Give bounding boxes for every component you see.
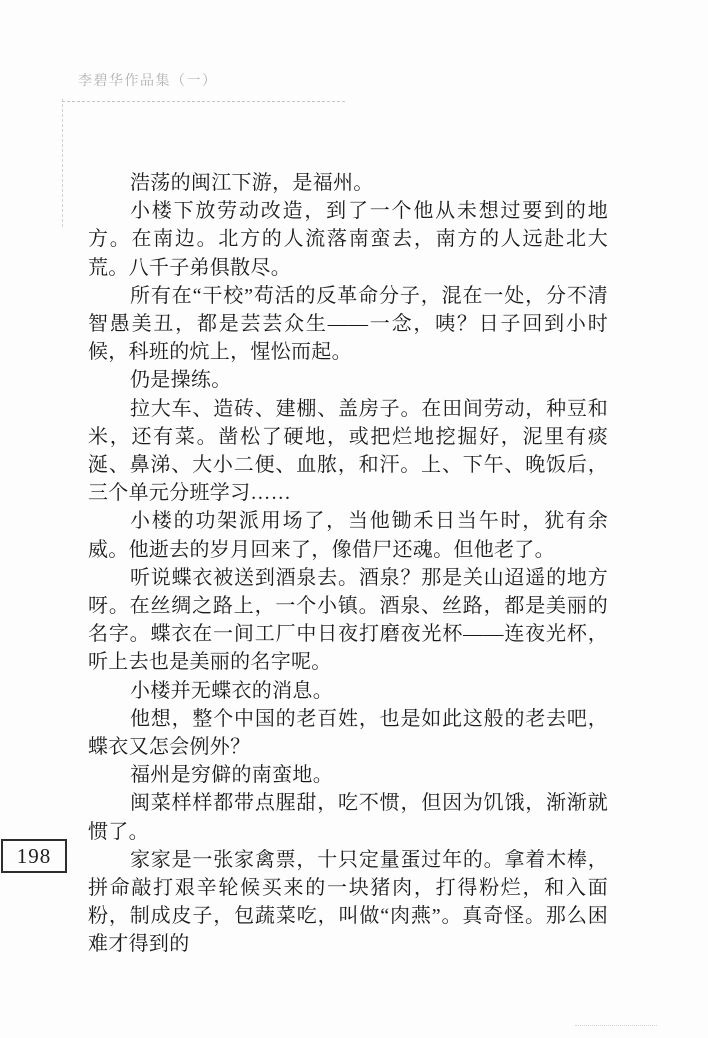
paragraph: 拉大车、造砖、建棚、盖房子。在田间劳动，种豆和米，还有菜。凿松了硬地，或把烂地挖… xyxy=(88,395,608,508)
paragraph: 他想，整个中国的老百姓，也是如此这般的老去吧，蝶衣又怎会例外？ xyxy=(88,705,608,761)
paragraph: 听说蝶衣被送到酒泉去。酒泉？那是关山迢遥的地方呀。在丝绸之路上，一个小镇。酒泉、… xyxy=(88,564,608,677)
paragraph: 仍是操练。 xyxy=(88,366,608,394)
page-number-box: 198 xyxy=(1,839,67,873)
paragraph: 小楼的功架派用场了，当他锄禾日当午时，犹有余威。他逝去的岁月回来了，像借尸还魂。… xyxy=(88,507,608,563)
paragraph: 闽菜样样都带点腥甜，吃不惯，但因为饥饿，渐渐就惯了。 xyxy=(88,789,608,845)
paragraph: 小楼下放劳动改造，到了一个他从未想过要到的地方。在南边。北方的人流落南蛮去，南方… xyxy=(88,197,608,282)
paragraph: 家家是一张家禽票，十只定量蛋过年的。拿着木棒，拼命敲打艰辛轮候买来的一块猪肉，打… xyxy=(88,846,608,959)
paragraph: 福州是穷僻的南蛮地。 xyxy=(88,761,608,789)
page-number: 198 xyxy=(17,844,52,869)
frame-top-line xyxy=(62,101,345,102)
frame-left-line xyxy=(62,99,63,227)
body-text: 浩荡的闽江下游，是福州。 小楼下放劳动改造，到了一个他从未想过要到的地方。在南边… xyxy=(88,169,608,959)
paragraph: 所有在“干校”苟活的反革命分子，混在一处，分不清智愚美丑，都是芸芸众生——一念，… xyxy=(88,282,608,367)
paragraph: 小楼并无蝶衣的消息。 xyxy=(88,677,608,705)
frame-bottom-line xyxy=(575,1025,657,1026)
paragraph: 浩荡的闽江下游，是福州。 xyxy=(88,169,608,197)
book-page: 李碧华作品集（一） 浩荡的闽江下游，是福州。 小楼下放劳动改造，到了一个他从未想… xyxy=(0,0,708,1038)
running-header: 李碧华作品集（一） xyxy=(78,70,218,90)
